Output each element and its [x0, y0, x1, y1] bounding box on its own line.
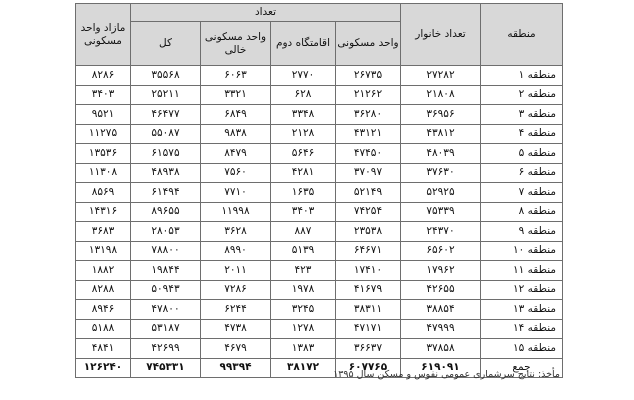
cell-surplus-units: ۱۸۸۲	[76, 261, 131, 281]
cell-second-residence: ۴۲۸۱	[271, 163, 336, 183]
cell-surplus-units: ۸۲۸۶	[76, 66, 131, 86]
source-note: مأخذ: نتایج سرشماری عمومی نفوس و مسکن سا…	[333, 369, 560, 380]
cell-second-residence: ۲۱۲۸	[271, 124, 336, 144]
cell-region: منطقه ۱۴	[481, 319, 563, 339]
table-row: منطقه ۶۳۷۶۳۰۳۷۰۹۷۴۲۸۱۷۵۶۰۴۸۹۳۸۱۱۳۰۸	[76, 163, 563, 183]
cell-total: ۵۰۹۴۳	[131, 280, 201, 300]
cell-second-residence: ۴۲۳	[271, 261, 336, 281]
cell-residential-units: ۲۶۷۳۵	[336, 66, 401, 86]
cell-vacant-units: ۷۵۶۰	[201, 163, 271, 183]
cell-residential-units: ۳۷۰۹۷	[336, 163, 401, 183]
cell-region: منطقه ۱۰	[481, 241, 563, 261]
cell-surplus-units: ۸۲۸۸	[76, 280, 131, 300]
cell-households: ۲۷۲۸۲	[401, 66, 481, 86]
cell-second-residence: ۵۶۴۶	[271, 144, 336, 164]
cell-households: ۲۱۸۰۸	[401, 85, 481, 105]
cell-surplus-units: ۱۱۲۷۵	[76, 124, 131, 144]
table-row: منطقه ۷۵۲۹۲۵۵۲۱۴۹۱۶۳۵۷۷۱۰۶۱۴۹۴۸۵۶۹	[76, 183, 563, 203]
cell-surplus-units: ۸۵۶۹	[76, 183, 131, 203]
cell-vacant-units: ۶۲۴۴	[201, 300, 271, 320]
cell-second-residence: ۶۲۸	[271, 85, 336, 105]
table-row: منطقه ۱۱۱۷۹۶۲۱۷۴۱۰۴۲۳۲۰۱۱۱۹۸۴۴۱۸۸۲	[76, 261, 563, 281]
cell-residential-units: ۴۳۱۲۱	[336, 124, 401, 144]
cell-total: ۴۸۹۳۸	[131, 163, 201, 183]
cell-residential-units: ۴۷۱۷۱	[336, 319, 401, 339]
cell-region: منطقه ۵	[481, 144, 563, 164]
cell-second-residence: ۱۹۷۸	[271, 280, 336, 300]
cell-households: ۴۸۰۳۹	[401, 144, 481, 164]
cell-region: منطقه ۷	[481, 183, 563, 203]
table-row: منطقه ۱۵۳۷۸۵۸۳۶۶۳۷۱۳۸۳۴۶۷۹۴۲۶۹۹۴۸۴۱	[76, 339, 563, 359]
cell-surplus-units: ۳۶۸۳	[76, 222, 131, 242]
cell-residential-units: ۳۶۶۳۷	[336, 339, 401, 359]
cell-residential-units: ۲۳۵۳۸	[336, 222, 401, 242]
cell-households: ۷۵۳۳۹	[401, 202, 481, 222]
cell-vacant-units: ۱۱۹۹۸	[201, 202, 271, 222]
cell-total: ۴۲۶۹۹	[131, 339, 201, 359]
cell-vacant-units: ۷۲۸۶	[201, 280, 271, 300]
cell-total: ۵۳۱۸۷	[131, 319, 201, 339]
cell-total: ۵۵۰۸۷	[131, 124, 201, 144]
table-row: منطقه ۲۲۱۸۰۸۲۱۲۶۲۶۲۸۳۳۲۱۲۵۲۱۱۳۴۰۳	[76, 85, 563, 105]
cell-surplus-units: ۴۸۴۱	[76, 339, 131, 359]
cell-residential-units: ۳۶۲۸۰	[336, 105, 401, 125]
cell-total: ۱۹۸۴۴	[131, 261, 201, 281]
table-row: منطقه ۸۷۵۳۳۹۷۴۲۵۴۳۴۰۳۱۱۹۹۸۸۹۶۵۵۱۴۳۱۶	[76, 202, 563, 222]
header-region: منطقه	[481, 4, 563, 66]
cell-second-residence: ۲۷۷۰	[271, 66, 336, 86]
table-row: منطقه ۳۳۶۹۵۶۳۶۲۸۰۳۳۴۸۶۸۴۹۴۶۴۷۷۹۵۲۱	[76, 105, 563, 125]
cell-residential-units: ۵۲۱۴۹	[336, 183, 401, 203]
cell-households: ۴۷۹۹۹	[401, 319, 481, 339]
cell-surplus-units: ۸۹۴۶	[76, 300, 131, 320]
header-vacant-units: واحد مسکونی خالی	[201, 22, 271, 66]
cell-region: منطقه ۱۳	[481, 300, 563, 320]
cell-households: ۶۵۶۰۲	[401, 241, 481, 261]
cell-second-residence: ۱۳۸۳	[271, 339, 336, 359]
cell-second-residence: ۳۲۴۵	[271, 300, 336, 320]
cell-households: ۴۲۶۵۵	[401, 280, 481, 300]
header-surplus-units: مازاد واحد مسکونی	[76, 4, 131, 66]
header-households: تعداد خانوار	[401, 4, 481, 66]
cell-households: ۱۷۹۶۲	[401, 261, 481, 281]
table-row: منطقه ۹۲۴۳۷۰۲۳۵۳۸۸۸۷۳۶۲۸۲۸۰۵۳۳۶۸۳	[76, 222, 563, 242]
header-residential-units: واحد مسکونی	[336, 22, 401, 66]
cell-vacant-units: ۴۷۳۸	[201, 319, 271, 339]
cell-surplus-units: ۱۲۶۲۴۰	[76, 358, 131, 378]
cell-region: منطقه ۱۲	[481, 280, 563, 300]
cell-second-residence: ۸۸۷	[271, 222, 336, 242]
cell-vacant-units: ۷۷۱۰	[201, 183, 271, 203]
cell-total: ۷۸۸۰۰	[131, 241, 201, 261]
cell-region: منطقه ۳	[481, 105, 563, 125]
cell-residential-units: ۶۴۶۷۱	[336, 241, 401, 261]
header-count-group: تعداد	[131, 4, 401, 22]
cell-region: منطقه ۹	[481, 222, 563, 242]
cell-total: ۶۱۴۹۴	[131, 183, 201, 203]
cell-surplus-units: ۹۵۲۱	[76, 105, 131, 125]
cell-second-residence: ۳۳۴۸	[271, 105, 336, 125]
cell-region: منطقه ۶	[481, 163, 563, 183]
cell-residential-units: ۴۷۴۵۰	[336, 144, 401, 164]
cell-residential-units: ۴۱۶۷۹	[336, 280, 401, 300]
cell-second-residence: ۳۸۱۷۲	[271, 358, 336, 378]
cell-region: منطقه ۱	[481, 66, 563, 86]
cell-total: ۲۸۰۵۳	[131, 222, 201, 242]
table-row: منطقه ۱۳۳۸۸۵۴۳۸۳۱۱۳۲۴۵۶۲۴۴۴۷۸۰۰۸۹۴۶	[76, 300, 563, 320]
cell-vacant-units: ۸۴۷۹	[201, 144, 271, 164]
cell-households: ۳۷۸۵۸	[401, 339, 481, 359]
cell-region: منطقه ۲	[481, 85, 563, 105]
table-row: منطقه ۴۴۳۸۱۲۴۳۱۲۱۲۱۲۸۹۸۳۸۵۵۰۸۷۱۱۲۷۵	[76, 124, 563, 144]
cell-residential-units: ۳۸۳۱۱	[336, 300, 401, 320]
cell-surplus-units: ۵۱۸۸	[76, 319, 131, 339]
cell-surplus-units: ۱۱۳۰۸	[76, 163, 131, 183]
cell-total: ۲۵۲۱۱	[131, 85, 201, 105]
cell-total: ۴۷۸۰۰	[131, 300, 201, 320]
table-row: منطقه ۵۴۸۰۳۹۴۷۴۵۰۵۶۴۶۸۴۷۹۶۱۵۷۵۱۳۵۳۶	[76, 144, 563, 164]
cell-region: منطقه ۱۱	[481, 261, 563, 281]
cell-vacant-units: ۲۰۱۱	[201, 261, 271, 281]
cell-vacant-units: ۳۳۲۱	[201, 85, 271, 105]
cell-surplus-units: ۳۴۰۳	[76, 85, 131, 105]
header-second-residence: اقامتگاه دوم	[271, 22, 336, 66]
cell-vacant-units: ۶۰۶۳	[201, 66, 271, 86]
cell-households: ۳۷۶۳۰	[401, 163, 481, 183]
cell-surplus-units: ۱۴۳۱۶	[76, 202, 131, 222]
cell-vacant-units: ۴۶۷۹	[201, 339, 271, 359]
cell-vacant-units: ۶۸۴۹	[201, 105, 271, 125]
housing-table: منطقه تعداد خانوار تعداد مازاد واحد مسکو…	[75, 3, 563, 378]
cell-total: ۷۴۵۳۳۱	[131, 358, 201, 378]
cell-region: منطقه ۸	[481, 202, 563, 222]
cell-total: ۶۱۵۷۵	[131, 144, 201, 164]
cell-total: ۴۶۴۷۷	[131, 105, 201, 125]
cell-households: ۵۲۹۲۵	[401, 183, 481, 203]
cell-region: منطقه ۴	[481, 124, 563, 144]
cell-total: ۳۵۵۶۸	[131, 66, 201, 86]
cell-vacant-units: ۸۹۹۰	[201, 241, 271, 261]
table-row: منطقه ۱۰۶۵۶۰۲۶۴۶۷۱۵۱۳۹۸۹۹۰۷۸۸۰۰۱۳۱۹۸	[76, 241, 563, 261]
cell-second-residence: ۱۲۷۸	[271, 319, 336, 339]
cell-residential-units: ۱۷۴۱۰	[336, 261, 401, 281]
cell-households: ۳۸۸۵۴	[401, 300, 481, 320]
cell-surplus-units: ۱۳۱۹۸	[76, 241, 131, 261]
cell-surplus-units: ۱۳۵۳۶	[76, 144, 131, 164]
header-total: کل	[131, 22, 201, 66]
cell-households: ۴۳۸۱۲	[401, 124, 481, 144]
cell-region: منطقه ۱۵	[481, 339, 563, 359]
cell-second-residence: ۵۱۳۹	[271, 241, 336, 261]
table-row: منطقه ۱۴۴۷۹۹۹۴۷۱۷۱۱۲۷۸۴۷۳۸۵۳۱۸۷۵۱۸۸	[76, 319, 563, 339]
table-row: منطقه ۱۲۴۲۶۵۵۴۱۶۷۹۱۹۷۸۷۲۸۶۵۰۹۴۳۸۲۸۸	[76, 280, 563, 300]
cell-vacant-units: ۹۸۳۸	[201, 124, 271, 144]
cell-vacant-units: ۹۹۳۹۴	[201, 358, 271, 378]
cell-second-residence: ۳۴۰۳	[271, 202, 336, 222]
table-row: منطقه ۱۲۷۲۸۲۲۶۷۳۵۲۷۷۰۶۰۶۳۳۵۵۶۸۸۲۸۶	[76, 66, 563, 86]
cell-residential-units: ۷۴۲۵۴	[336, 202, 401, 222]
cell-vacant-units: ۳۶۲۸	[201, 222, 271, 242]
cell-second-residence: ۱۶۳۵	[271, 183, 336, 203]
cell-total: ۸۹۶۵۵	[131, 202, 201, 222]
cell-households: ۲۴۳۷۰	[401, 222, 481, 242]
cell-households: ۳۶۹۵۶	[401, 105, 481, 125]
cell-residential-units: ۲۱۲۶۲	[336, 85, 401, 105]
